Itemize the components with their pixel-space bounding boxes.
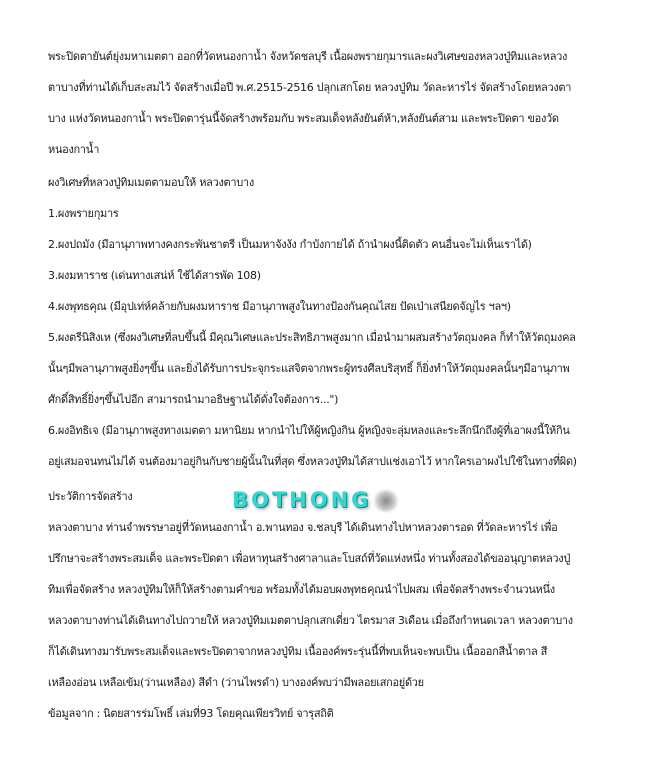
history-line: ก็ได้เดินทางมารับพระสมเด็จและพระปิดตาจาก… <box>48 645 628 658</box>
powder-item-line: อยู่เสมอจนทนไม่ได้ จนต้องมาอยู่กินกับชาย… <box>48 455 628 468</box>
intro-paragraph: พระปิดตายันต์ยุ่งมหาเมตตา ออกที่วัดหนองก… <box>48 50 628 156</box>
history-line: หลวงตาบางท่านได้เดินทางไปถวายให้ หลวงปู่… <box>48 614 628 627</box>
powder-item-6: 6.ผงอิทธิเจ (มีอานุภาพสูงทางเมตตา มหานิย… <box>48 424 628 468</box>
intro-line: พระปิดตายันต์ยุ่งมหาเมตตา ออกที่วัดหนองก… <box>48 50 628 63</box>
powder-item-2: 2.ผงปถมัง (มีอานุภาพทางคงกระพันชาตรี เป็… <box>48 238 628 251</box>
history-line: เหลืองอ่อน เหลือเข้ม(ว่านเหลือง) สีดำ (ว… <box>48 676 628 689</box>
intro-line: หนองกาน้ำ <box>48 143 628 156</box>
bothong-watermark-logo: BOTHONG <box>232 488 399 514</box>
powder-item-4: 4.ผงพุทธคุณ (มีอุปเท่ห์คล้ายกับผงมหาราช … <box>48 300 628 313</box>
powder-item-1: 1.ผงพรายกุมาร <box>48 207 628 220</box>
powders-list: 1.ผงพรายกุมาร 2.ผงปถมัง (มีอานุภาพทางคงก… <box>48 207 628 468</box>
powder-item-line: ศักดิ์สิทธิ์ยิ่งๆขึ้นไปอีก สามารถนำมาอธิ… <box>48 393 628 406</box>
article-body: พระปิดตายันต์ยุ่งมหาเมตตา ออกที่วัดหนองก… <box>48 50 628 738</box>
intro-line: บาง แห่งวัดหนองกาน้ำ พระปิดตารุ่นนี้จัดส… <box>48 112 628 125</box>
source-credit: ข้อมูลจาก : นิตยสารร่มโพธิ์ เล่มที่93 โด… <box>48 707 628 720</box>
history-line: หลวงตาบาง ท่านจำพรรษาอยู่ที่วัดหนองกาน้ำ… <box>48 521 628 534</box>
intro-line: ตาบางที่ท่านได้เก็บสะสมไว้ จัดสร้างเมื่อ… <box>48 81 628 94</box>
history-line: ทิมเพื่อจัดสร้าง หลวงปู่ทิมให้ก็ให้สร้าง… <box>48 583 628 596</box>
powder-item-5: 5.ผงตรีนิสิงเห (ซึ่งผงวิเศษที่ลบขึ้นนี้ … <box>48 331 628 406</box>
powder-item-3: 3.ผงมหาราช (เด่นทางเสน่ห์ ใช้ได้สารพัด 1… <box>48 269 628 282</box>
history-line: ปรึกษาจะสร้างพระสมเด็จ และพระปิดตา เพื่อ… <box>48 552 628 565</box>
history-paragraph: หลวงตาบาง ท่านจำพรรษาอยู่ที่วัดหนองกาน้ำ… <box>48 521 628 720</box>
powders-heading: ผงวิเศษที่หลวงปู่ทิมเมตตามอบให้ หลวงตาบา… <box>48 176 628 189</box>
powder-item-line: 5.ผงตรีนิสิงเห (ซึ่งผงวิเศษที่ลบขึ้นนี้ … <box>48 331 628 344</box>
powder-item-line: 6.ผงอิทธิเจ (มีอานุภาพสูงทางเมตตา มหานิย… <box>48 424 628 437</box>
watermark-shadow-blob-icon <box>373 490 399 512</box>
watermark-text: BOTHONG <box>232 488 371 512</box>
powder-item-line: นั้นๆมีพลานุภาพสูงยิ่งๆขึ้น และยิ่งได้รั… <box>48 362 628 375</box>
